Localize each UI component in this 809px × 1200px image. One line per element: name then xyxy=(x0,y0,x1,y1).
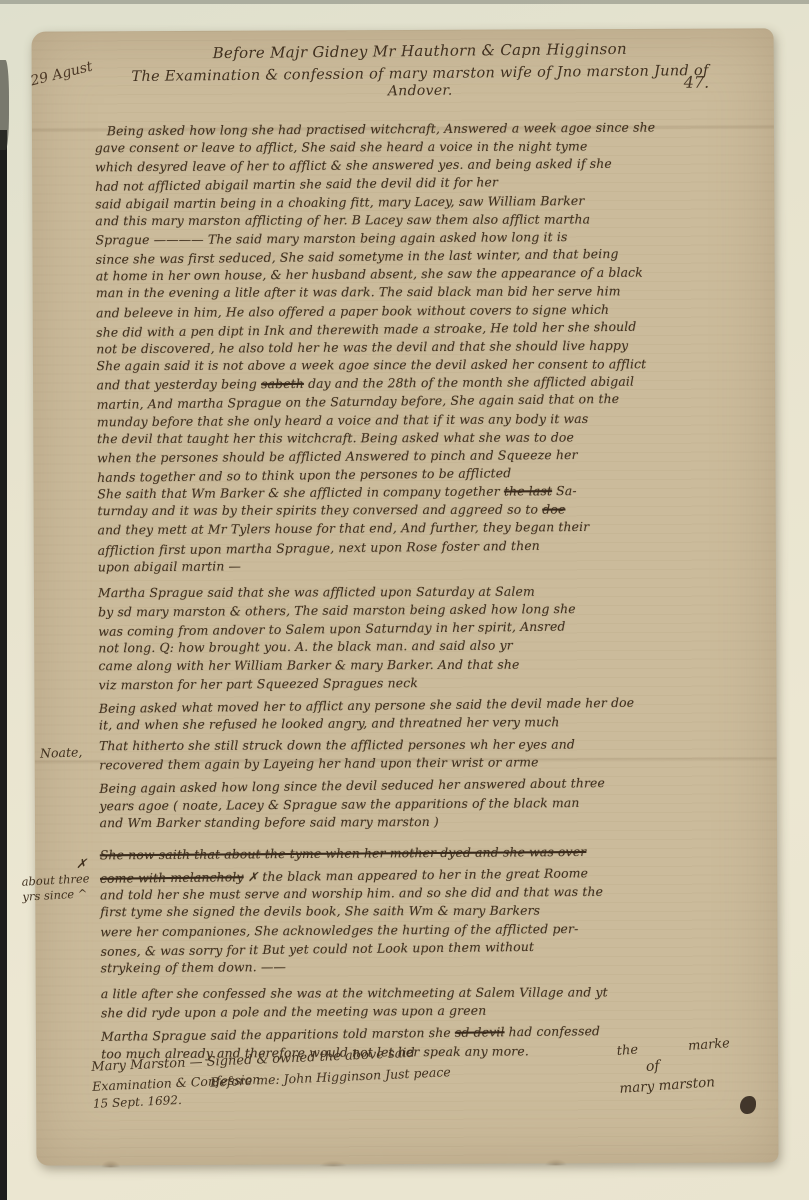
line-text: and Wm Barker standing before said mary … xyxy=(100,814,439,830)
line-text: said abigail martin being in a choaking … xyxy=(95,193,584,211)
line-text: when the persones should be afflicted An… xyxy=(97,447,578,465)
line-text: the devil that taught her this witchcraf… xyxy=(97,429,574,446)
line-text: She again said it is not above a week ag… xyxy=(96,356,646,373)
line-text: hands together and so to think upon the … xyxy=(97,465,511,485)
manuscript-line: first tyme she signed the devils book, S… xyxy=(100,901,776,922)
struck-text: sd devil xyxy=(455,1025,505,1041)
struck-text: come with melancholy xyxy=(100,869,244,886)
line-text: came along with her William Barker & mar… xyxy=(98,656,519,672)
photo-corner-shadow xyxy=(0,60,9,150)
line-text: sones, & was sorry for it But yet could … xyxy=(100,939,534,959)
line-text: had confessed xyxy=(504,1024,600,1040)
line-text: and this mary marston afflicting of her.… xyxy=(95,211,590,228)
signature-marke: marke xyxy=(688,1036,731,1054)
line-text: she did with a pen dipt in Ink and there… xyxy=(96,318,636,339)
struck-text: doe xyxy=(542,502,565,517)
photo-edge-left xyxy=(0,130,7,1200)
manuscript-line: She again said it is not above a week ag… xyxy=(96,355,772,376)
line-text: munday before that she only heard a voic… xyxy=(97,410,589,428)
signature-mark-block: the marke of mary marston xyxy=(616,1036,733,1097)
manuscript-line: and Wm Barker standing before said mary … xyxy=(100,812,776,833)
signature-the: the xyxy=(616,1043,638,1059)
manuscript-line: She now saith that about the tyme when h… xyxy=(100,842,776,865)
line-text: Sprague ———— The said mary marston being… xyxy=(95,229,567,247)
manuscript-line: came along with her William Barker & mar… xyxy=(98,654,774,675)
line-text: day and the 28th of the month she afflic… xyxy=(304,374,634,391)
line-text: years agoe ( noate, Lacey & Sprague saw … xyxy=(99,795,579,813)
manuscript-line: turnday and it was by their spirits they… xyxy=(97,500,773,521)
manuscript-line: recovered them again by Layeing her hand… xyxy=(99,752,775,775)
line-text: first tyme she signed the devils book, S… xyxy=(100,903,540,920)
manuscript-line: Martha Sprague said that she was afflict… xyxy=(98,582,774,603)
line-text: ✗ the black man appeared to her in the g… xyxy=(244,865,589,884)
manuscript-line: a litle after she confessed she was at t… xyxy=(101,983,777,1004)
line-text: upon abigail martin — xyxy=(98,558,241,574)
struck-text: the last xyxy=(504,483,552,498)
line-text: Being asked what moved her to afflict an… xyxy=(99,695,635,716)
insertion-mark: ✗ xyxy=(76,857,87,872)
line-text: Martha Sprague said the apparitions told… xyxy=(101,1025,455,1044)
line-text: That hitherto she still struck down the … xyxy=(99,737,575,754)
manuscript-line: she did ryde upon a pole and the meeting… xyxy=(101,1000,777,1023)
line-text: turnday and it was by their spirits they… xyxy=(97,502,542,519)
line-text: was coming from andover to Salem upon Sa… xyxy=(98,619,565,639)
line-text: She saith that Wm Barker & she afflicted… xyxy=(97,484,504,502)
manuscript-line: and this mary marston afflicting of her.… xyxy=(95,210,771,231)
margin-note-noate: Noate, xyxy=(40,744,83,760)
line-text: and beleeve in him, He also offered a pa… xyxy=(96,301,609,320)
line-text: gave consent or leave to afflict, She sa… xyxy=(95,139,588,156)
line-text: since she was first seduced, She said so… xyxy=(96,246,619,267)
line-text: had not afflicted abigail martin she sai… xyxy=(95,175,498,195)
manuscript-line: man in the evening a litle after it was … xyxy=(96,282,772,303)
photo-edge-top xyxy=(0,0,809,4)
signature-of: of xyxy=(645,1053,731,1075)
line-text: Being asked how long she had practised w… xyxy=(107,119,656,138)
heading: Before Majr Gidney Mr Hauthorn & Capn Hi… xyxy=(120,39,721,102)
line-text: Sa- xyxy=(552,483,577,498)
manuscript-line: the devil that taught her this witchcraf… xyxy=(97,427,773,448)
line-text: a litle after she confessed she was at t… xyxy=(101,984,608,1001)
line-text: man in the evening a litle after it was … xyxy=(96,284,621,301)
line-text: Martha Sprague said that she was afflict… xyxy=(98,584,535,601)
line-text: were her companiones, She acknowledges t… xyxy=(100,921,578,939)
line-text: and that yesterday being xyxy=(97,376,262,392)
manuscript-line: That hitherto she still struck down the … xyxy=(99,735,775,756)
struck-text: She now saith that about the tyme when h… xyxy=(100,844,587,862)
line-text: viz marston for her part Squeezed Spragu… xyxy=(99,675,418,692)
line-text: affliction first upon martha Sprague, ne… xyxy=(98,537,540,557)
margin-note-about-three-years: about three yrs since ^ xyxy=(21,871,90,905)
line-text: recovered them again by Layeing her hand… xyxy=(99,755,538,773)
line-text: strykeing of them down. —— xyxy=(101,959,287,975)
line-text: and they mett at Mr Tylers house for tha… xyxy=(98,519,590,537)
manuscript-line: gave consent or leave to afflict, She sa… xyxy=(95,137,771,158)
line-text: not long. Q: how brought you. A. the bla… xyxy=(98,638,513,656)
line-text: she did ryde upon a pole and the meeting… xyxy=(101,1003,486,1021)
line-text: by sd mary marston & others, The said ma… xyxy=(98,601,576,619)
manuscript-body: Being asked how long she had practised w… xyxy=(95,118,778,1063)
struck-text: sabeth xyxy=(261,376,304,391)
